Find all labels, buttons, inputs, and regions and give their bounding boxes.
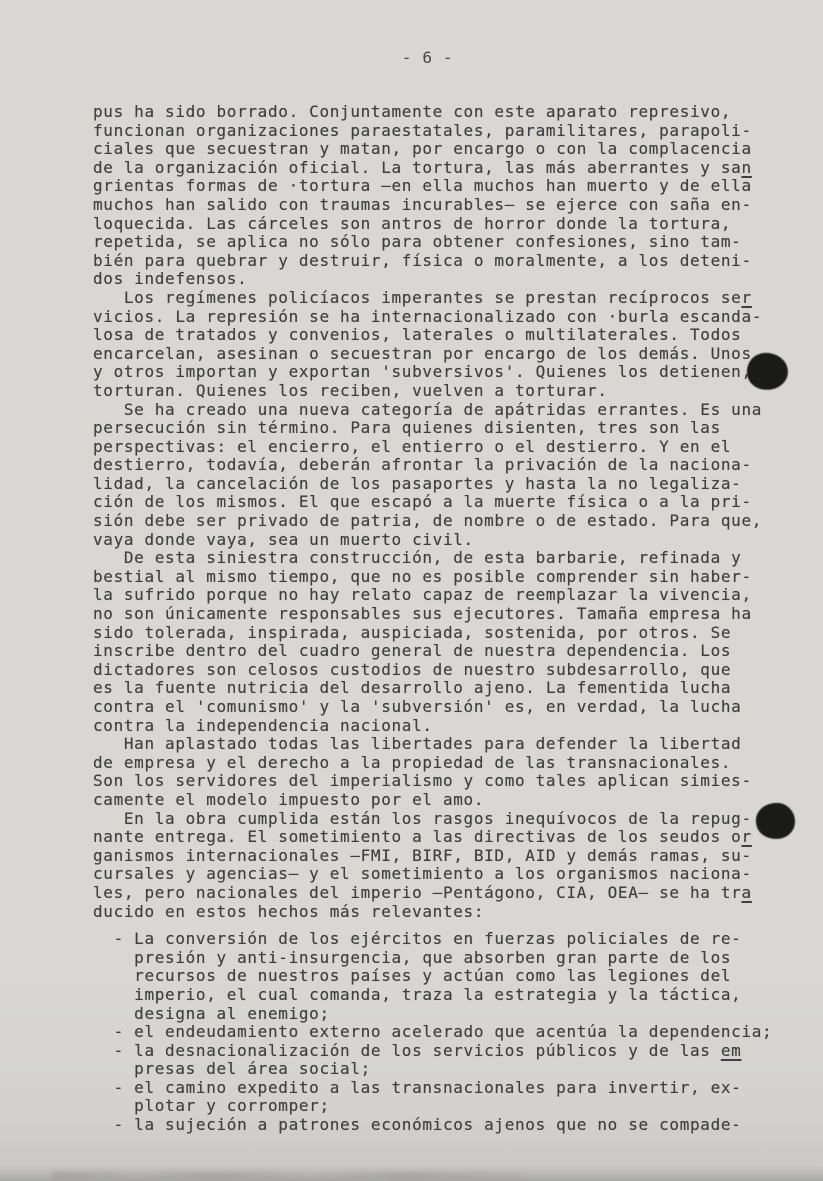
text-line: ciales que secuestran y matan, por encar… bbox=[93, 140, 793, 159]
continuation-underline: r bbox=[741, 288, 751, 307]
text-line: muchos han salido con traumas incurables… bbox=[93, 196, 793, 215]
scanned-document-page: - 6 - pus ha sido borrado. Conjuntamente… bbox=[0, 0, 823, 1181]
text-line: recursos de nuestros países y actúan com… bbox=[93, 967, 793, 986]
text-line: les, pero nacionales del imperio —Pentág… bbox=[93, 884, 793, 903]
continuation-underline: a bbox=[741, 883, 751, 902]
text-line: dictadores son celosos custodios de nues… bbox=[93, 661, 793, 680]
text-line: ganismos internacionales —FMI, BIRF, BID… bbox=[93, 847, 793, 866]
text-line: bestial al mismo tiempo, que no es posib… bbox=[93, 568, 793, 587]
bullet-item: - La conversión de los ejércitos en fuer… bbox=[93, 930, 793, 1023]
text-line: no son únicamente responsables sus ejecu… bbox=[93, 605, 793, 624]
continuation-underline: r bbox=[741, 827, 751, 846]
bullet-item: - el endeudamiento externo acelerado que… bbox=[93, 1023, 793, 1042]
text-line: losa de tratados y convenios, laterales … bbox=[93, 326, 793, 345]
text-line: perspectivas: el encierro, el entierro o… bbox=[93, 438, 793, 457]
text-line: designa al enemigo; bbox=[93, 1005, 793, 1024]
text-line: sido tolerada, inspirada, auspiciada, so… bbox=[93, 624, 793, 643]
text-line: Se ha creado una nueva categoría de apát… bbox=[93, 401, 793, 420]
text-line: ción de los mismos. El que escapó a la m… bbox=[93, 493, 793, 512]
bullet-item: - la sujeción a patrones económicos ajen… bbox=[93, 1116, 793, 1135]
text-line: vicios. La represión se ha internacional… bbox=[93, 308, 793, 327]
text-line: la sufrido porque no hay relato capaz de… bbox=[93, 586, 793, 605]
text-line: ducido en estos hechos más relevantes: bbox=[93, 903, 793, 922]
text-line: destierro, todavía, deberán afrontar la … bbox=[93, 456, 793, 475]
text-line: Son los servidores del imperialismo y co… bbox=[93, 772, 793, 791]
paragraph: En la obra cumplida están los rasgos ine… bbox=[93, 810, 793, 922]
text-line: bién para quebrar y destruir, física o m… bbox=[93, 252, 793, 271]
text-line: sión debe ser privado de patria, de nomb… bbox=[93, 512, 793, 531]
text-line: imperio, el cual comanda, traza la estra… bbox=[93, 986, 793, 1005]
text-line: de empresa y el derecho a la propiedad d… bbox=[93, 754, 793, 773]
text-line: - el endeudamiento externo acelerado que… bbox=[93, 1023, 793, 1042]
text-line: camente el modelo impuesto por el amo. bbox=[93, 791, 793, 810]
text-line: Los regímenes policíacos imperantes se p… bbox=[93, 289, 793, 308]
text-line: y otros importan y exportan 'subversivos… bbox=[93, 363, 793, 382]
text-line: de la organización oficial. La tortura, … bbox=[93, 159, 793, 178]
text-line: - el camino expedito a las transnacional… bbox=[93, 1079, 793, 1098]
text-line: pus ha sido borrado. Conjuntamente con e… bbox=[93, 103, 793, 122]
bullet-item: - el camino expedito a las transnacional… bbox=[93, 1079, 793, 1116]
page-number: - 6 - bbox=[93, 48, 762, 67]
paragraph: De esta siniestra construcción, de esta … bbox=[93, 549, 793, 735]
paragraph: Han aplastado todas las libertades para … bbox=[93, 735, 793, 809]
text-line: lidad, la cancelación de los pasaportes … bbox=[93, 475, 793, 494]
bullet-item: - la desnacionalización de los servicios… bbox=[93, 1042, 793, 1079]
text-line: encarcelan, asesinan o secuestran por en… bbox=[93, 345, 793, 364]
text-line: cursales y agencias— y el sometimiento a… bbox=[93, 865, 793, 884]
paragraph: Se ha creado una nueva categoría de apát… bbox=[93, 401, 793, 550]
text-line: presión y anti-insurgencia, que absorben… bbox=[93, 949, 793, 968]
continuation-underline: n bbox=[741, 158, 751, 177]
text-line: De esta siniestra construcción, de esta … bbox=[93, 549, 793, 568]
text-line: torturan. Quienes los reciben, vuelven a… bbox=[93, 382, 793, 401]
paragraph: pus ha sido borrado. Conjuntamente con e… bbox=[93, 103, 793, 289]
text-line: plotar y corromper; bbox=[93, 1097, 793, 1116]
text-line: loquecida. Las cárceles son antros de ho… bbox=[93, 215, 793, 234]
paragraph: Los regímenes policíacos imperantes se p… bbox=[93, 289, 793, 401]
text-line: - la desnacionalización de los servicios… bbox=[93, 1042, 793, 1061]
text-line: - la sujeción a patrones económicos ajen… bbox=[93, 1116, 793, 1135]
text-line: persecución sin término. Para quienes di… bbox=[93, 419, 793, 438]
text-line: vaya donde vaya, sea un muerto civil. bbox=[93, 531, 793, 550]
text-line: dos indefensos. bbox=[93, 270, 793, 289]
text-line: funcionan organizaciones paraestatales, … bbox=[93, 122, 793, 141]
scan-bottom-smudge bbox=[52, 1171, 522, 1179]
text-line: contra la independencia nacional. bbox=[93, 717, 793, 736]
text-line: repetida, se aplica no sólo para obtener… bbox=[93, 233, 793, 252]
text-line: - La conversión de los ejércitos en fuer… bbox=[93, 930, 793, 949]
text-line: nante entrega. El sometimiento a las dir… bbox=[93, 828, 793, 847]
text-line: presas del área social; bbox=[93, 1060, 793, 1079]
continuation-underline: em bbox=[721, 1041, 742, 1060]
document-body: pus ha sido borrado. Conjuntamente con e… bbox=[93, 103, 793, 1135]
text-line: es la fuente nutricia del desarrollo aje… bbox=[93, 679, 793, 698]
text-line: En la obra cumplida están los rasgos ine… bbox=[93, 810, 793, 829]
text-line: grientas formas de ·tortura —en ella muc… bbox=[93, 177, 793, 196]
text-line: contra el 'comunismo' y la 'subversión' … bbox=[93, 698, 793, 717]
text-line: inscribe dentro del cuadro general de nu… bbox=[93, 642, 793, 661]
bullet-list: - La conversión de los ejércitos en fuer… bbox=[93, 930, 793, 1135]
text-line: Han aplastado todas las libertades para … bbox=[93, 735, 793, 754]
